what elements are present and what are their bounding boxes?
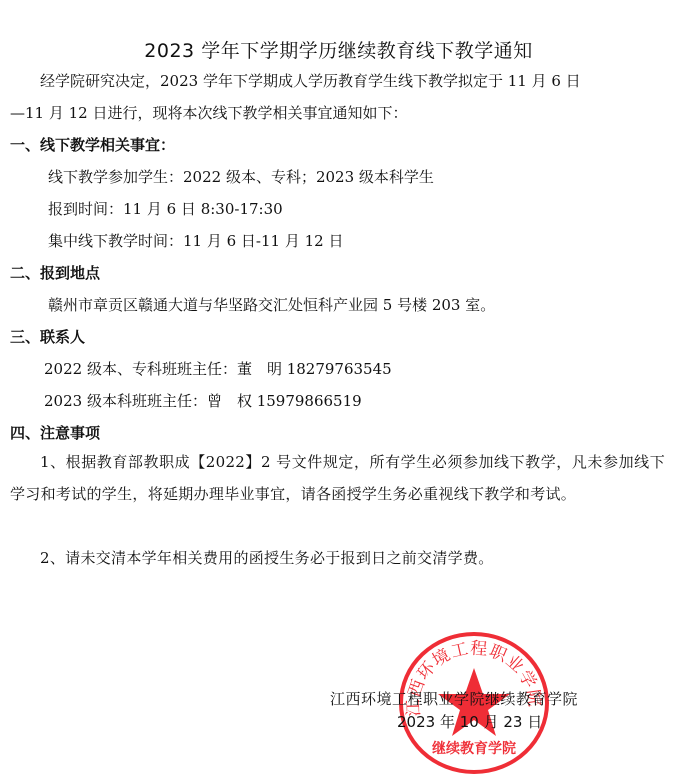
intro-line-2: —11 月 12 日进行，现将本次线下教学相关事宜通知如下：	[10, 102, 407, 123]
section-heading-4: 四、注意事项	[10, 422, 100, 443]
section-heading-3: 三、联系人	[10, 326, 85, 347]
section-heading-2: 二、报到地点	[10, 262, 100, 283]
contact-2023: 2023 级本科班班主任：曾 权 15979866519	[44, 390, 362, 411]
section-heading-1: 一、线下教学相关事宜：	[10, 134, 175, 155]
section-2-line-1: 赣州市章贡区赣通大道与华坚路交汇处恒科产业园 5 号楼 203 室。	[48, 294, 495, 315]
notice-paragraph-2: 2、请未交清本学年相关费用的函授生务必于报到日之前交清学费。	[10, 542, 665, 574]
intro-line-1: 经学院研究决定，2023 学年下学期成人学历教育学生线下教学拟定于 11 月 6…	[40, 70, 581, 91]
section-1-line-3: 集中线下教学时间：11 月 6 日-11 月 12 日	[48, 230, 343, 251]
notice-paragraph-1: 1、根据教育部教职成【2022】2 号文件规定，所有学生必须参加线下教学，凡未参…	[10, 446, 665, 510]
contact-2022: 2022 级本、专科班班主任：董 明 18279763545	[44, 358, 392, 379]
section-1-line-1: 线下教学参加学生：2022 级本、专科；2023 级本科学生	[48, 166, 434, 187]
section-1-line-2: 报到时间：11 月 6 日 8:30-17:30	[48, 198, 283, 219]
signature-date: 2023 年 10 月 23 日	[397, 711, 542, 732]
document-title: 2023 学年下学期学历继续教育线下教学通知	[0, 36, 677, 63]
signature-organization: 江西环境工程职业学院继续教育学院	[330, 688, 578, 709]
stamp-bottom-text: 继续教育学院	[432, 740, 516, 757]
